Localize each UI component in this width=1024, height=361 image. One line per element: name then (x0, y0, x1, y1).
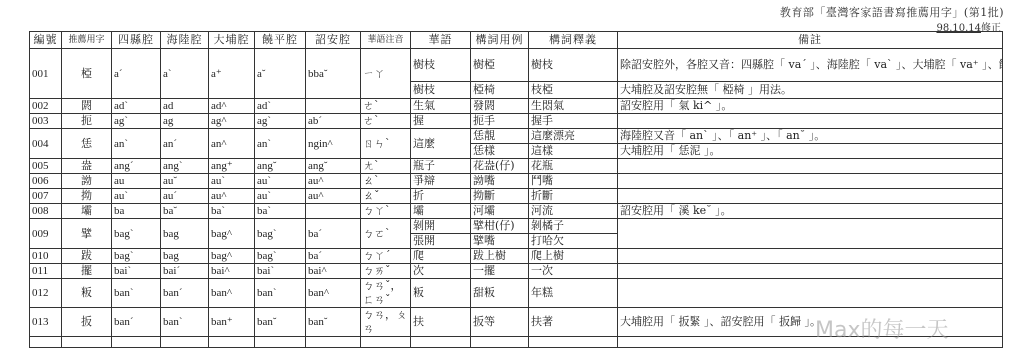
row-char: 擘 (62, 219, 112, 249)
row-char: 粄 (62, 279, 112, 308)
row-raoping: bai` (255, 264, 306, 279)
row-raoping: au` (255, 189, 306, 204)
row-id: 002 (30, 99, 62, 114)
row-hailu: au´ (161, 189, 209, 204)
row-example: 拗斷 (471, 189, 529, 204)
row-meaning: 河流 (529, 204, 618, 219)
row-huayu: 這麼 (411, 129, 471, 159)
row-note: 大埔腔及詔安腔無「 椏椅 」用法。 (618, 82, 1003, 99)
row-id: 006 (30, 174, 62, 189)
row-char: 扳 (62, 308, 112, 337)
row-sixian: bai` (112, 264, 161, 279)
row-meaning: 生悶氣 (529, 99, 618, 114)
row-char: 椏 (62, 49, 112, 99)
row-note (618, 219, 1003, 249)
col-header-bopomofo: 華語注音 (361, 32, 411, 49)
row-dapu: au^ (209, 189, 255, 204)
row-sixian: bag` (112, 219, 161, 249)
row-huayu: 握 (411, 114, 471, 129)
row-note: 詔安腔用「 溪 ke˘ 」。 (618, 204, 1003, 219)
row-example: 詏嘴 (471, 174, 529, 189)
row-id: 013 (30, 308, 62, 337)
row-example: 樹椏 (471, 49, 529, 82)
table-row: 003 扼 ag` ag ag^ ag` ab´ ㄜˋ 握 扼手 握手 (30, 114, 1003, 129)
row-hailu: au˘ (161, 174, 209, 189)
row-raoping: an` (255, 129, 306, 159)
row-sixian: a´ (112, 49, 161, 99)
row-meaning: 打哈欠 (529, 234, 618, 249)
row-dapu: bag^ (209, 219, 255, 249)
table-row: 010 跋 bag` bag bag^ bag` ba´ ㄅㄚˊ 爬 跋上樹 爬… (30, 249, 1003, 264)
row-bopomofo: ㄜˋ (361, 99, 411, 114)
row-char: 恁 (62, 129, 112, 159)
row-note (618, 279, 1003, 308)
row-meaning: 一次 (529, 264, 618, 279)
row-dapu: ba` (209, 204, 255, 219)
row-zhaoan: bai^ (306, 264, 361, 279)
col-header-example: 構詞用例 (471, 32, 529, 49)
row-dapu: ban^ (209, 279, 255, 308)
col-header-huayu: 華語 (411, 32, 471, 49)
row-note: 海陸腔又音「 an` 」、「 an⁺ 」、「 an˘ 」。 (618, 129, 1003, 144)
row-dapu: ag^ (209, 114, 255, 129)
row-hailu: an´ (161, 129, 209, 159)
row-bopomofo: ㄜˋ (361, 114, 411, 129)
row-dapu: au` (209, 174, 255, 189)
table-row: 008 壩 ba ba˘ ba` ba` ㄅㄚˋ 壩 河壩 河流 詔安腔用「 溪… (30, 204, 1003, 219)
table-row: 012 粄 ban` ban´ ban^ ban` ban^ ㄅㄢˇ，ㄈㄢˇ 粄… (30, 279, 1003, 308)
row-note: 詔安腔用「 氣 ki^ 」。 (618, 99, 1003, 114)
row-char: 壩 (62, 204, 112, 219)
row-dapu: bai^ (209, 264, 255, 279)
table-header-row: 編號 推薦用字 四縣腔 海陸腔 大埔腔 饒平腔 詔安腔 華語注音 華語 構詞用例… (30, 32, 1003, 49)
row-zhaoan (306, 204, 361, 219)
row-sixian: ad` (112, 99, 161, 114)
row-char: 拗 (62, 189, 112, 204)
table-row: 009 擘 bag` bag bag^ bag` ba´ ㄅㄛˋ 剝開 擘柑(仔… (30, 219, 1003, 234)
table-row: 004 恁 an` an´ an^ an` ngin^ ㄖㄣˋ 這麼 恁靚 這麼… (30, 129, 1003, 144)
row-example: 甜粄 (471, 279, 529, 308)
row-meaning: 這樣 (529, 144, 618, 159)
table-row: 005 盎 ang´ ang` ang⁺ ang˘ ang˘ ㄤˋ 瓶子 花盎(… (30, 159, 1003, 174)
table-row: 007 拗 au` au´ au^ au` au^ ㄠˇ 折 拗斷 折斷 (30, 189, 1003, 204)
row-note (618, 189, 1003, 204)
row-note (618, 174, 1003, 189)
row-zhaoan: ban˘ (306, 308, 361, 337)
row-char: 擺 (62, 264, 112, 279)
row-zhaoan: bba˘ (306, 49, 361, 99)
row-huayu: 生氣 (411, 99, 471, 114)
row-huayu: 壩 (411, 204, 471, 219)
row-dapu: ang⁺ (209, 159, 255, 174)
row-raoping: bag` (255, 249, 306, 264)
row-huayu: 樹枝 (411, 82, 471, 99)
row-char: 閼 (62, 99, 112, 114)
row-meaning: 爬上樹 (529, 249, 618, 264)
row-bopomofo: ㄅㄚˊ (361, 249, 411, 264)
row-hailu: ban` (161, 308, 209, 337)
row-example: 發閼 (471, 99, 529, 114)
row-note (618, 249, 1003, 264)
row-example: 恁樣 (471, 144, 529, 159)
col-header-sixian: 四縣腔 (112, 32, 161, 49)
row-bopomofo: ㄅㄛˋ (361, 219, 411, 249)
row-note (618, 264, 1003, 279)
row-sixian: ag` (112, 114, 161, 129)
col-header-id: 編號 (30, 32, 62, 49)
row-note: 大埔腔用「 恁泥 」。 (618, 144, 1003, 159)
row-raoping: ban˘ (255, 308, 306, 337)
row-huayu: 爭辯 (411, 174, 471, 189)
col-header-zhaoan: 詔安腔 (306, 32, 361, 49)
row-example: 花盎(仔) (471, 159, 529, 174)
row-meaning: 花瓶 (529, 159, 618, 174)
row-bopomofo: ㄅㄞˇ (361, 264, 411, 279)
row-bopomofo: ㄅㄢ，ㄆㄢ (361, 308, 411, 337)
row-bopomofo: ㄖㄣˋ (361, 129, 411, 159)
row-id: 005 (30, 159, 62, 174)
col-header-meaning: 構詞釋義 (529, 32, 618, 49)
row-hailu: bag (161, 219, 209, 249)
row-huayu: 張開 (411, 234, 471, 249)
row-sixian: au (112, 174, 161, 189)
row-raoping: ang˘ (255, 159, 306, 174)
row-example: 扳等 (471, 308, 529, 337)
row-char: 扼 (62, 114, 112, 129)
row-zhaoan: ban^ (306, 279, 361, 308)
row-bopomofo: ㄠˋ (361, 174, 411, 189)
row-sixian: ban` (112, 279, 161, 308)
row-example: 椏椅 (471, 82, 529, 99)
col-header-dapu: 大埔腔 (209, 32, 255, 49)
row-zhaoan: ab´ (306, 114, 361, 129)
row-id: 007 (30, 189, 62, 204)
row-hailu: ag (161, 114, 209, 129)
row-dapu: a⁺ (209, 49, 255, 99)
row-sixian: ang´ (112, 159, 161, 174)
row-zhaoan: ba´ (306, 219, 361, 249)
row-meaning: 鬥嘴 (529, 174, 618, 189)
row-example: 擘嘴 (471, 234, 529, 249)
row-bopomofo: ㄠˇ (361, 189, 411, 204)
recommended-characters-table: 編號 推薦用字 四縣腔 海陸腔 大埔腔 饒平腔 詔安腔 華語注音 華語 構詞用例… (29, 31, 1003, 348)
table-row: 006 詏 au au˘ au` au` au^ ㄠˋ 爭辯 詏嘴 鬥嘴 (30, 174, 1003, 189)
row-zhaoan (306, 99, 361, 114)
row-hailu: bai´ (161, 264, 209, 279)
row-hailu: a` (161, 49, 209, 99)
row-char: 盎 (62, 159, 112, 174)
row-dapu: bag^ (209, 249, 255, 264)
row-huayu: 扶 (411, 308, 471, 337)
row-id: 010 (30, 249, 62, 264)
row-example: 跋上樹 (471, 249, 529, 264)
row-hailu: ad (161, 99, 209, 114)
row-bopomofo: ㄤˋ (361, 159, 411, 174)
row-note (618, 114, 1003, 129)
row-note: 除詔安腔外，各腔又音：四縣腔「 va´ 」、海陸腔「 va` 」、大埔腔「 va… (618, 49, 1003, 82)
document-title: 教育部「臺灣客家語書寫推薦用字」(第1批) (780, 4, 1004, 20)
row-meaning: 年糕 (529, 279, 618, 308)
row-raoping: bag` (255, 219, 306, 249)
row-raoping: ba` (255, 204, 306, 219)
row-sixian: ban´ (112, 308, 161, 337)
row-char: 跋 (62, 249, 112, 264)
row-raoping: ag` (255, 114, 306, 129)
row-huayu: 剝開 (411, 219, 471, 234)
row-example: 恁靚 (471, 129, 529, 144)
row-id: 004 (30, 129, 62, 159)
row-id: 009 (30, 219, 62, 249)
row-huayu: 折 (411, 189, 471, 204)
row-hailu: ba˘ (161, 204, 209, 219)
table-row: 001 椏 a´ a` a⁺ a˘ bba˘ ㄧㄚ 樹枝 樹椏 樹枝 除詔安腔外… (30, 49, 1003, 82)
row-meaning: 折斷 (529, 189, 618, 204)
col-header-hailu: 海陸腔 (161, 32, 209, 49)
row-dapu: an^ (209, 129, 255, 159)
row-id: 003 (30, 114, 62, 129)
row-meaning: 樹枝 (529, 49, 618, 82)
row-zhaoan: au^ (306, 174, 361, 189)
row-huayu: 樹枝 (411, 49, 471, 82)
row-raoping: ban` (255, 279, 306, 308)
row-huayu: 爬 (411, 249, 471, 264)
row-dapu: ban⁺ (209, 308, 255, 337)
row-id: 011 (30, 264, 62, 279)
row-raoping: au` (255, 174, 306, 189)
row-bopomofo: ㄅㄚˋ (361, 204, 411, 219)
row-note (618, 159, 1003, 174)
row-meaning: 握手 (529, 114, 618, 129)
row-example: 一擺 (471, 264, 529, 279)
row-sixian: an` (112, 129, 161, 159)
row-id: 008 (30, 204, 62, 219)
table-row: 002 閼 ad` ad ad^ ad` ㄜˋ 生氣 發閼 生悶氣 詔安腔用「 … (30, 99, 1003, 114)
row-huayu: 瓶子 (411, 159, 471, 174)
table-row-cut-off (30, 337, 1003, 348)
row-example: 擘柑(仔) (471, 219, 529, 234)
row-sixian: bag` (112, 249, 161, 264)
row-zhaoan: ang˘ (306, 159, 361, 174)
row-bopomofo: ㄧㄚ (361, 49, 411, 99)
row-huayu: 粄 (411, 279, 471, 308)
row-id: 012 (30, 279, 62, 308)
row-hailu: bag (161, 249, 209, 264)
row-meaning: 這麼漂亮 (529, 129, 618, 144)
row-id: 001 (30, 49, 62, 99)
row-example: 河壩 (471, 204, 529, 219)
col-header-char: 推薦用字 (62, 32, 112, 49)
row-sixian: ba (112, 204, 161, 219)
table-row: 013 扳 ban´ ban` ban⁺ ban˘ ban˘ ㄅㄢ，ㄆㄢ 扶 扳… (30, 308, 1003, 337)
row-zhaoan: ngin^ (306, 129, 361, 159)
row-zhaoan: au^ (306, 189, 361, 204)
row-raoping: a˘ (255, 49, 306, 99)
row-hailu: ang` (161, 159, 209, 174)
row-dapu: ad^ (209, 99, 255, 114)
row-bopomofo: ㄅㄢˇ，ㄈㄢˇ (361, 279, 411, 308)
row-huayu: 次 (411, 264, 471, 279)
row-zhaoan: ba´ (306, 249, 361, 264)
row-raoping: ad` (255, 99, 306, 114)
col-header-note: 備註 (618, 32, 1003, 49)
row-note: 大埔腔用「 扳緊 」、詔安腔用「 扳歸 」。 (618, 308, 1003, 337)
row-sixian: au` (112, 189, 161, 204)
row-meaning: 剝橘子 (529, 219, 618, 234)
row-hailu: ban´ (161, 279, 209, 308)
row-meaning: 枝椏 (529, 82, 618, 99)
row-meaning: 扶著 (529, 308, 618, 337)
col-header-raoping: 饒平腔 (255, 32, 306, 49)
row-example: 扼手 (471, 114, 529, 129)
row-char: 詏 (62, 174, 112, 189)
table-row: 011 擺 bai` bai´ bai^ bai` bai^ ㄅㄞˇ 次 一擺 … (30, 264, 1003, 279)
